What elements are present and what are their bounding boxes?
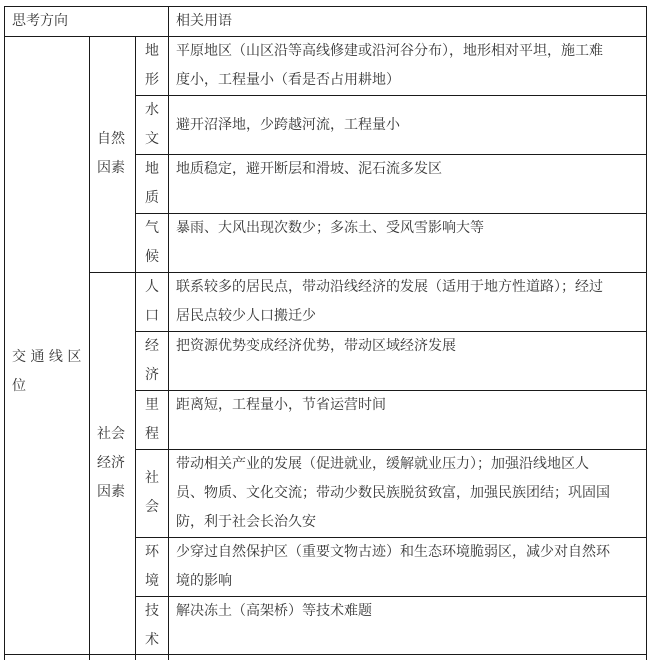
environment-text-1: 少穿过自然保护区（重要文物古迹）和生态环境脆弱区，减少对自然环 [176, 538, 610, 567]
sub-label-economy: 经济 [145, 332, 159, 390]
social-factors-label-1: 社会 [97, 420, 125, 449]
terrain-text-2: 度小，工程量小（看是否占用耕地） [176, 66, 400, 95]
table-border-right [646, 6, 647, 660]
sub-label-geology: 地质 [145, 155, 159, 213]
header-thinking-direction: 思考方向 [12, 7, 68, 36]
table-border-left [4, 6, 5, 660]
header-related-terms: 相关用语 [176, 7, 232, 36]
table-section-bottom [4, 654, 647, 655]
sub-label-technology: 技术 [145, 597, 159, 655]
society-text-2: 员、物质、文化交流；带动少数民族脱贫致富，加强民族团结；巩固国 [176, 479, 610, 508]
hydrology-text: 避开沼泽地，少跨越河流，工程量小 [176, 111, 400, 140]
economy-text: 把资源优势变成经济优势，带动区域经济发展 [176, 332, 456, 361]
group-label-line2: 位 [12, 372, 26, 401]
natural-factors-label-2: 因素 [97, 154, 125, 183]
col-divider-3 [168, 6, 169, 660]
row-divider [135, 95, 647, 96]
sub-label-population: 人口 [145, 273, 159, 331]
society-text-3: 防，利于社会长治久安 [176, 508, 316, 537]
environment-text-2: 境的影响 [176, 567, 232, 596]
social-factors-label-2: 经济 [97, 449, 125, 478]
climate-text: 暴雨、大风出现次数少；多冻土、受风雪影响大等 [176, 214, 484, 243]
sub-label-hydrology: 水文 [145, 96, 159, 154]
col-divider-1 [89, 36, 90, 660]
sub-label-society: 社会 [145, 464, 159, 522]
mileage-text: 距离短，工程量小，节省运营时间 [176, 391, 386, 420]
sub-label-environment: 环境 [145, 538, 159, 596]
population-text-2: 居民点较少人口搬迁少 [176, 302, 316, 331]
social-factors-label-3: 因素 [97, 478, 125, 507]
sub-label-climate: 气候 [145, 214, 159, 272]
population-text-1: 联系较多的居民点，带动沿线经济的发展（适用于地方性道路）；经过 [176, 273, 603, 302]
sub-label-mileage: 里程 [145, 391, 159, 449]
sub-label-terrain: 地形 [145, 37, 159, 95]
col-divider-2 [135, 36, 136, 660]
table-border-top [4, 6, 647, 7]
terrain-text-1: 平原地区（山区沿等高线修建或沿河谷分布），地形相对平坦，施工难 [176, 37, 603, 66]
geology-text: 地质稳定，避开断层和滑坡、泥石流多发区 [176, 155, 442, 184]
group-label-line1: 交 通 线 区 [12, 343, 81, 372]
society-text-1: 带动相关产业的发展（促进就业，缓解就业压力）；加强沿线地区人 [176, 450, 589, 479]
technology-text: 解决冻土（高架桥）等技术难题 [176, 597, 372, 626]
natural-factors-label-1: 自然 [97, 125, 125, 154]
